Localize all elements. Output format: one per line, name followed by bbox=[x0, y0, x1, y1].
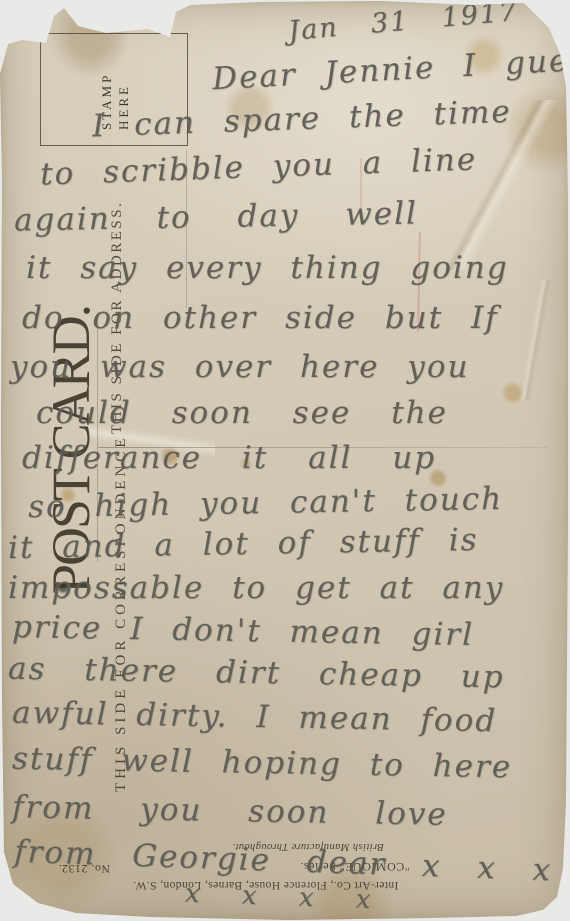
handwriting-line: awful dirty. I mean food bbox=[12, 698, 498, 737]
scanner-background: STAMP HERE POST CARD. THIS SIDE FOR ADDR… bbox=[0, 0, 570, 921]
postcard: STAMP HERE POST CARD. THIS SIDE FOR ADDR… bbox=[0, 0, 570, 921]
handwritten-date: Jan 31 1917 bbox=[287, 0, 519, 45]
handwriting-line: from you soon love bbox=[12, 792, 448, 831]
handwriting-line: so high you can't touch bbox=[28, 484, 503, 523]
handwriting-line: as there dirt cheap up bbox=[8, 654, 505, 694]
handwritten-kisses: x x x x bbox=[185, 881, 380, 914]
handwriting-line: it and a lot of stuff is bbox=[8, 525, 479, 564]
handwriting-line: Dear Jennie I guess bbox=[211, 44, 570, 96]
handwriting-line: stuff well hoping to here bbox=[12, 744, 513, 784]
handwriting-line: you was over here you bbox=[10, 352, 469, 383]
handwriting-line: impossable to get at any bbox=[8, 573, 504, 604]
handwriting-line: again to day well bbox=[14, 198, 418, 236]
handwriting-line: differance it all up bbox=[22, 443, 436, 474]
handwriting-line: do on other side but If bbox=[22, 303, 499, 334]
handwriting-line: it say every thing going bbox=[26, 253, 509, 284]
handwriting-line: to scribble you a line bbox=[40, 144, 478, 190]
handwriting-line: from Georgie dear x x x bbox=[14, 837, 553, 887]
handwriting-line: price I don't mean girl bbox=[12, 612, 475, 651]
handwriting-line: could soon see the bbox=[36, 398, 448, 429]
crease-mark bbox=[498, 280, 570, 400]
